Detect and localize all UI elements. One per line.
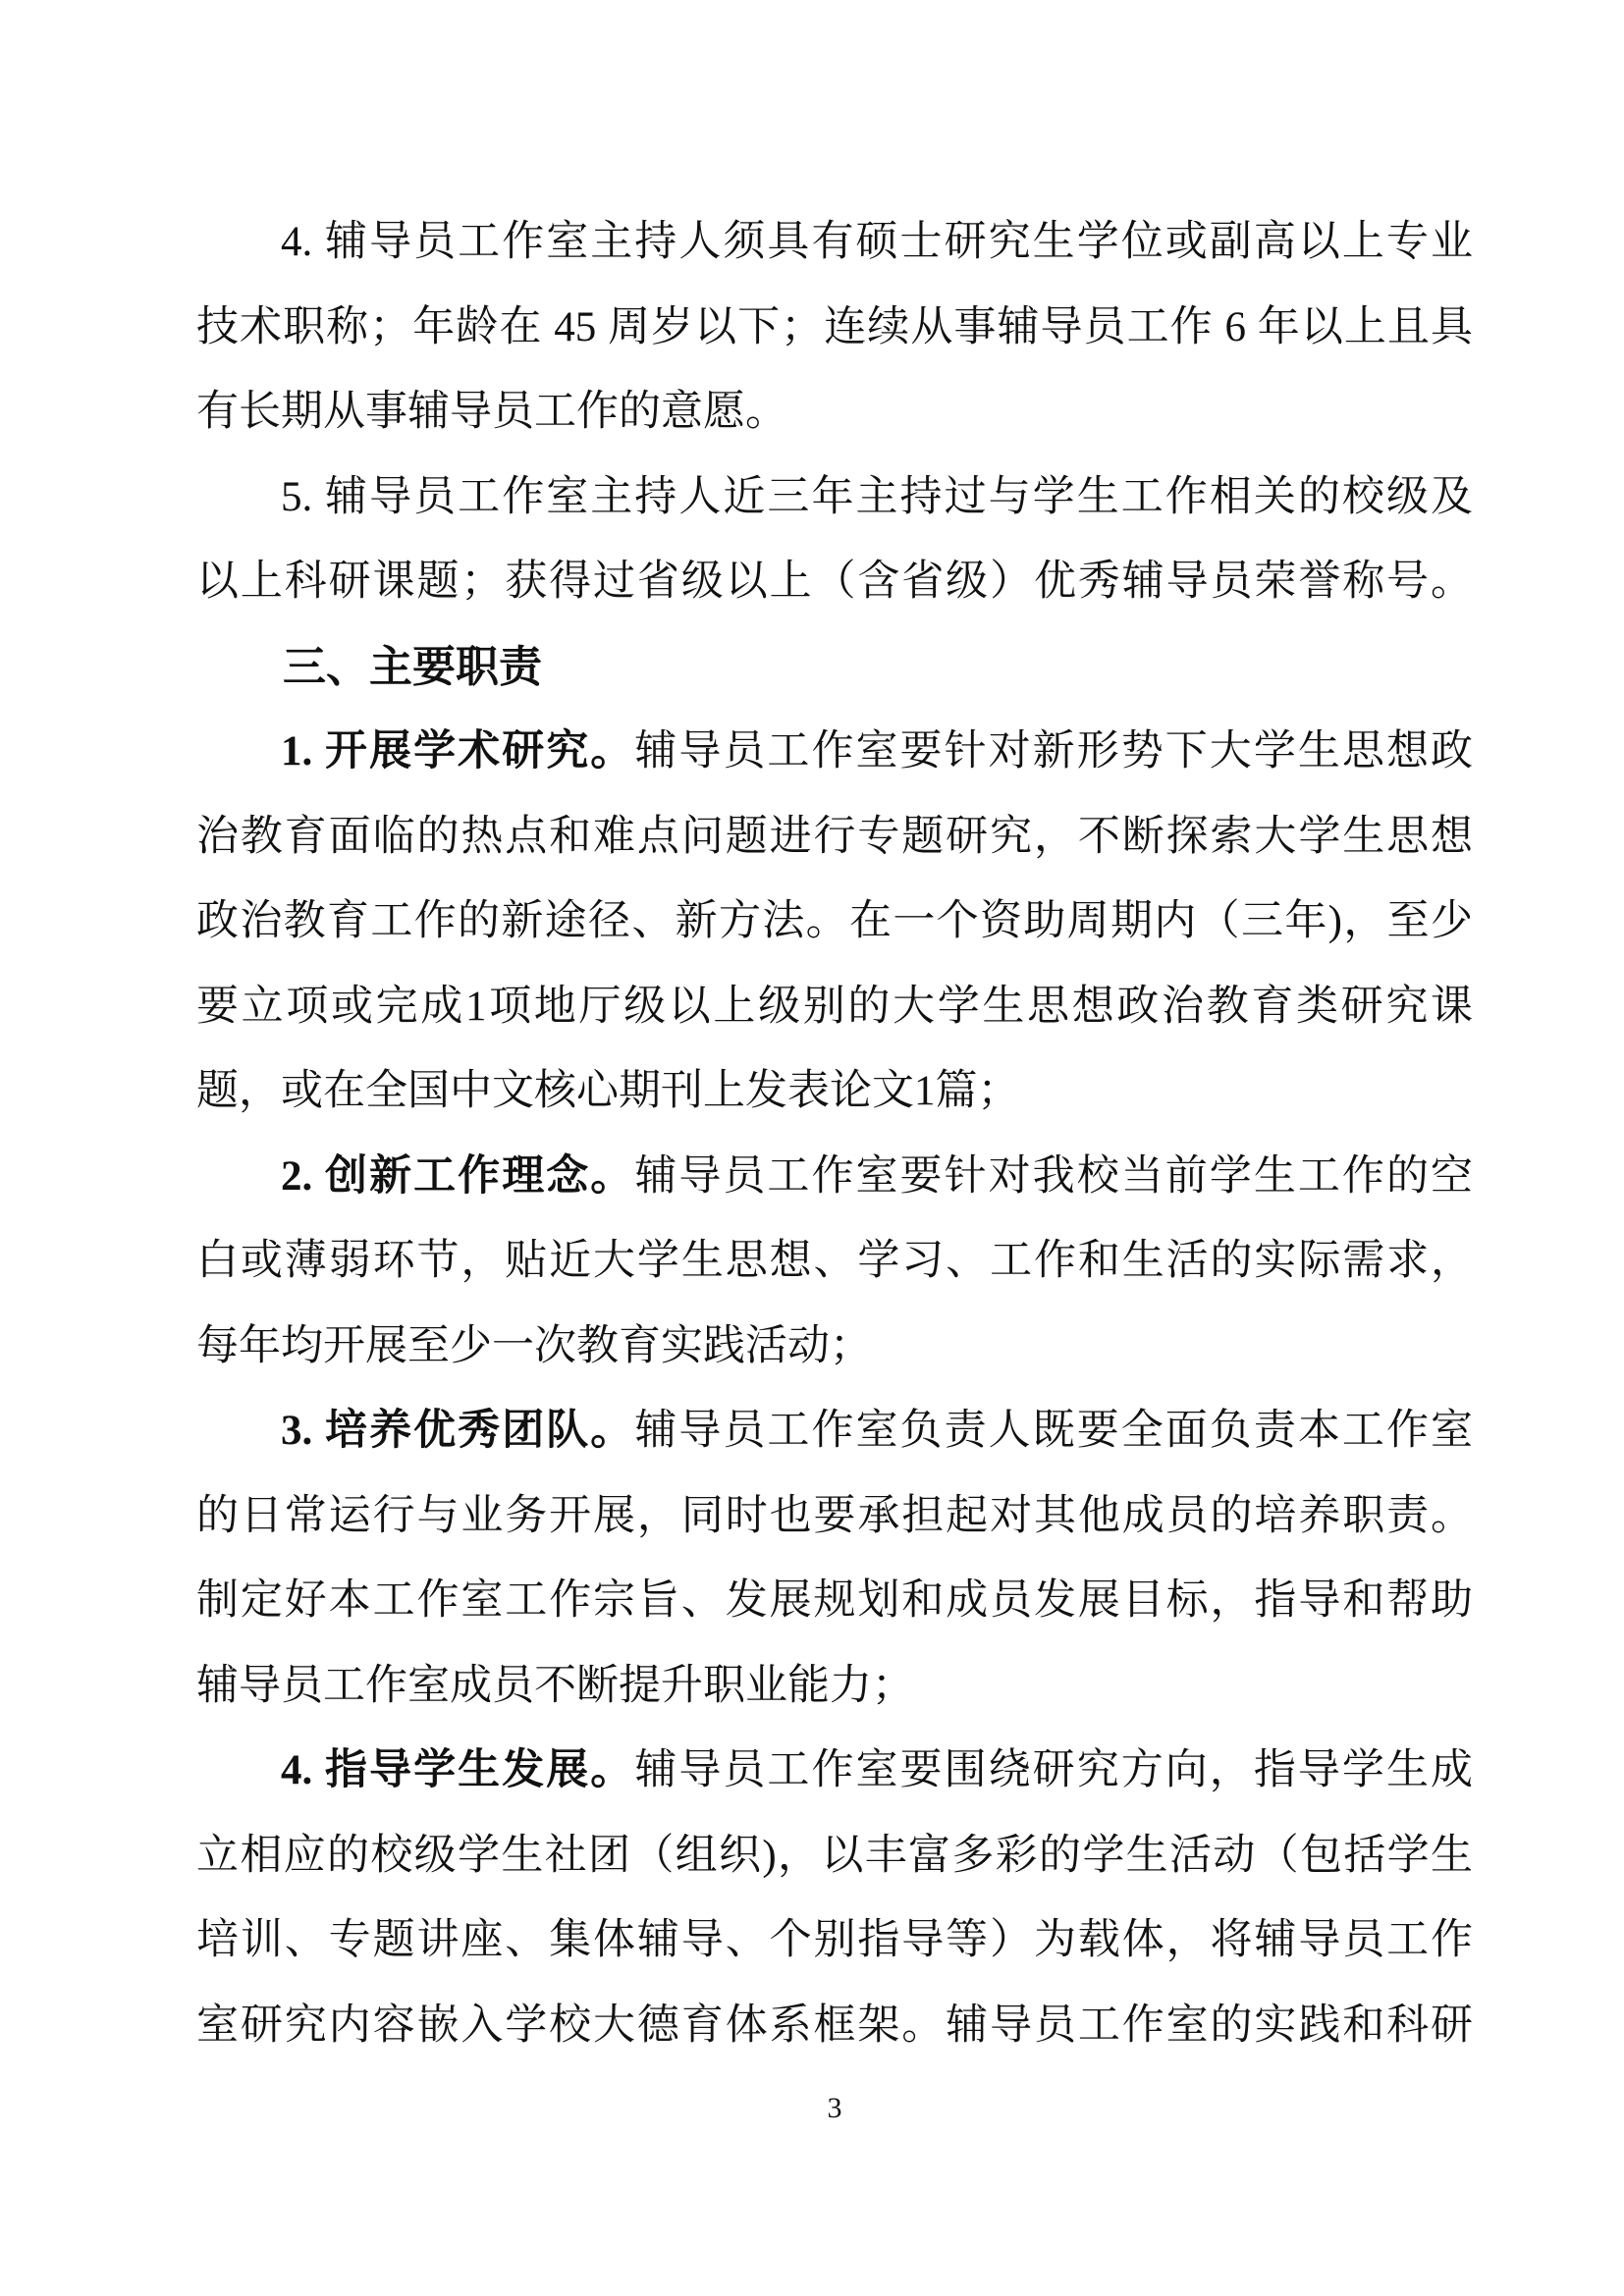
list-item-lead: 3. 培养优秀团队。: [281, 1408, 634, 1454]
text-line: 治教育面临的热点和难点问题进行专题研究，不断探索大学生思想: [196, 795, 1473, 881]
list-item-lead: 4. 指导学生发展。: [281, 1747, 634, 1793]
text-line: 辅导员工作室成员不断提升职业能力；: [196, 1644, 1473, 1730]
list-item-lead: 2. 创新工作理念。: [281, 1153, 634, 1200]
text-line: 要立项或完成1项地厅级以上级别的大学生思想政治教育类研究课: [196, 965, 1473, 1050]
text-line: 以上科研课题；获得过省级以上（含省级）优秀辅导员荣誉称号。: [196, 540, 1473, 625]
list-item-lead: 1. 开展学术研究。: [281, 728, 634, 774]
text-line: 制定好本工作室工作宗旨、发展规划和成员发展目标，指导和帮助: [196, 1559, 1473, 1644]
list-item-text: 辅导员工作室要围绕研究方向，指导学生成: [634, 1747, 1473, 1793]
list-item-text: 辅导员工作室负责人既要全面负责本工作室: [634, 1408, 1473, 1454]
text-line: 技术职称；年龄在 45 周岁以下；连续从事辅导员工作 6 年以上且具: [196, 286, 1473, 371]
text-line: 2. 创新工作理念。辅导员工作室要针对我校当前学生工作的空: [196, 1135, 1473, 1220]
text-line: 有长期从事辅导员工作的意愿。: [196, 370, 1473, 455]
list-item-text: 辅导员工作室要针对新形势下大学生思想政: [634, 728, 1473, 774]
text-line: 每年均开展至少一次教育实践活动；: [196, 1305, 1473, 1390]
text-line: 题，或在全国中文核心期刊上发表论文1篇；: [196, 1049, 1473, 1135]
text-line: 3. 培养优秀团队。辅导员工作室负责人既要全面负责本工作室: [196, 1389, 1473, 1474]
page-number: 3: [196, 2084, 1473, 2133]
document-page: 4. 辅导员工作室主持人须具有硕士研究生学位或副高以上专业 技术职称；年龄在 4…: [0, 0, 1624, 2296]
text-line: 1. 开展学术研究。辅导员工作室要针对新形势下大学生思想政: [196, 710, 1473, 795]
text-line: 4. 指导学生发展。辅导员工作室要围绕研究方向，指导学生成: [196, 1729, 1473, 1814]
list-item-text: 辅导员工作室要针对我校当前学生工作的空: [634, 1153, 1473, 1200]
text-line: 培训、专题讲座、集体辅导、个别指导等）为载体，将辅导员工作: [196, 1898, 1473, 1984]
text-line: 4. 辅导员工作室主持人须具有硕士研究生学位或副高以上专业: [196, 200, 1473, 286]
text-line: 政治教育工作的新途径、新方法。在一个资助周期内（三年)，至少: [196, 880, 1473, 965]
text-line: 立相应的校级学生社团（组织)，以丰富多彩的学生活动（包括学生: [196, 1814, 1473, 1899]
text-line: 白或薄弱环节，贴近大学生思想、学习、工作和生活的实际需求，: [196, 1219, 1473, 1305]
text-line: 室研究内容嵌入学校大德育体系框架。辅导员工作室的实践和科研: [196, 1984, 1473, 2069]
text-line: 的日常运行与业务开展，同时也要承担起对其他成员的培养职责。: [196, 1474, 1473, 1560]
document-body: 4. 辅导员工作室主持人须具有硕士研究生学位或副高以上专业 技术职称；年龄在 4…: [196, 200, 1473, 2068]
section-heading-main-duties: 三、主要职责: [196, 625, 1473, 711]
text-line: 5. 辅导员工作室主持人近三年主持过与学生工作相关的校级及: [196, 455, 1473, 541]
